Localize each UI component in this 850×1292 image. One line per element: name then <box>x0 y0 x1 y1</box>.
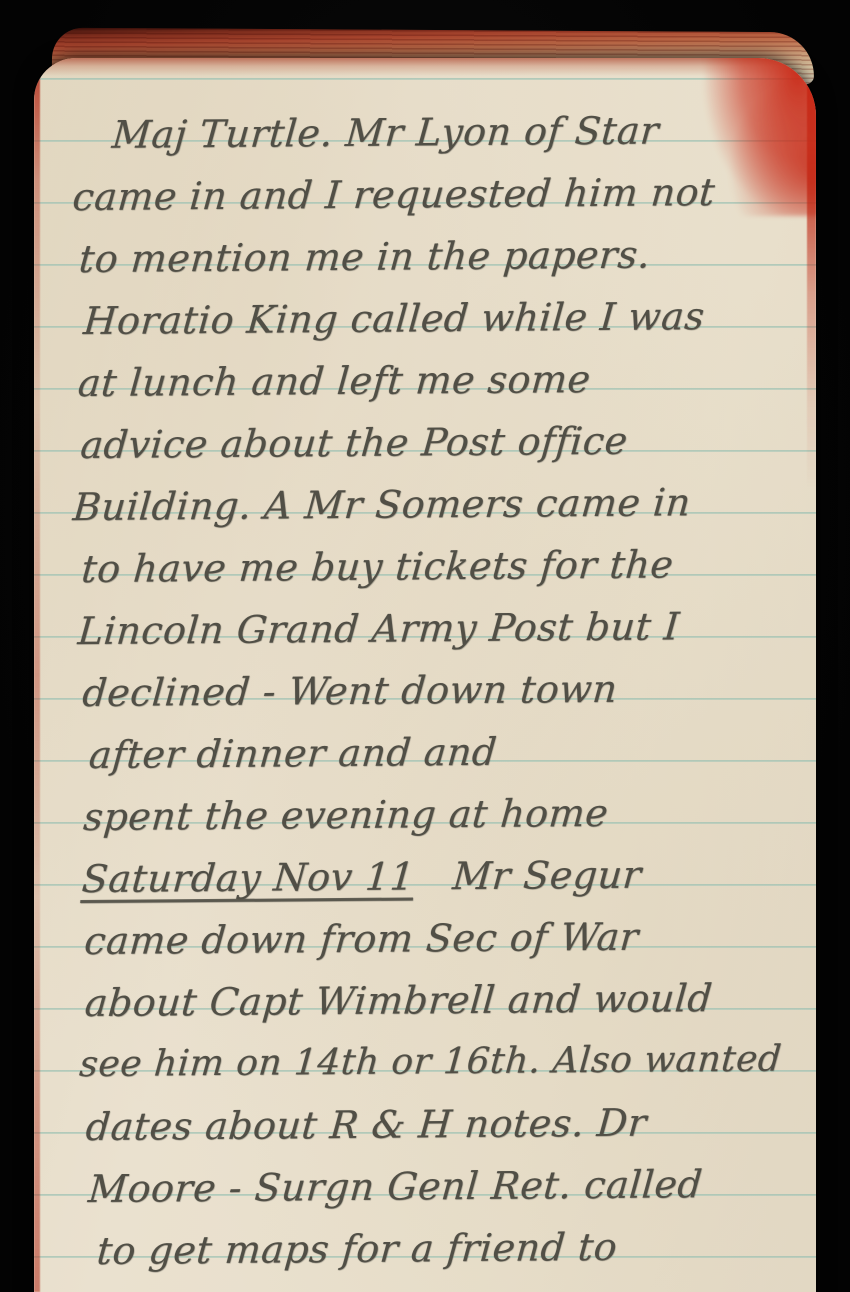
handwriting-line: came down from Sec of War <box>84 904 812 972</box>
handwriting-line: declined - Went down town <box>82 656 810 724</box>
handwriting-text: see him on 14th or 16th. Also wanted <box>77 1029 784 1097</box>
top-edge-red-stain <box>34 58 816 76</box>
handwriting-text: Horatio King called while I was <box>81 285 707 352</box>
notebook-page: Maj Turtle. Mr Lyon of Starcame in and I… <box>34 58 816 1292</box>
handwriting-line: to have me buy tickets for the <box>81 532 809 600</box>
handwriting-text: spent the evening at home <box>81 782 611 848</box>
photo-scene: Maj Turtle. Mr Lyon of Starcame in and I… <box>0 0 850 1292</box>
handwriting-line: Maj Turtle. Mr Lyon of Star <box>112 98 806 165</box>
handwriting-line: at lunch and left me some <box>78 346 808 414</box>
handwriting-line: Horatio King called while I was <box>83 284 807 352</box>
handwriting-text: to mention me in the papers. <box>77 224 653 291</box>
handwriting-text: to have me buy tickets for the <box>79 533 676 600</box>
handwriting-line: spent the evening at home <box>83 780 811 848</box>
handwriting-text: Moore - Surgn Genl Ret. called <box>86 1153 705 1220</box>
handwriting-line: to get maps for a friend to <box>97 1214 815 1282</box>
handwriting-line: Saturday Nov 11 Mr Segur <box>82 842 812 910</box>
handwriting-text: about Capt Wimbrell and would <box>83 967 715 1034</box>
handwriting-text: Maj Turtle. Mr Lyon of Star <box>110 99 662 165</box>
underlined-date: Saturday Nov 11 <box>80 845 418 910</box>
handwriting-line: Building. A Mr Somers came in <box>73 470 809 538</box>
handwriting-line: about Capt Wimbrell and would <box>85 966 813 1034</box>
handwriting-line: dates about R & H notes. Dr <box>86 1090 814 1158</box>
handwriting-block: Maj Turtle. Mr Lyon of Starcame in and I… <box>34 98 816 1282</box>
handwriting-line: came in and I requested him not <box>72 160 806 228</box>
handwriting-line: to mention me in the papers. <box>79 222 807 290</box>
handwriting-text: at lunch and left me some <box>76 348 593 414</box>
photo-background: { "notebook": { "description_title": "Ha… <box>0 0 850 1292</box>
handwriting-text: came in and I requested him not <box>70 161 717 228</box>
handwriting-text: after dinner and and <box>87 721 500 786</box>
handwriting-line: Moore - Surgn Genl Ret. called <box>88 1152 814 1220</box>
handwriting-line: Lincoln Grand Army Post but I <box>78 594 810 662</box>
handwriting-line: see him on 14th or 16th. Also wanted <box>79 1028 813 1096</box>
handwriting-text: came down from Sec of War <box>82 906 641 972</box>
handwriting-text: Building. A Mr Somers came in <box>71 471 694 538</box>
handwriting-text: declined - Went down town <box>80 658 620 724</box>
handwriting-text: Lincoln Grand Army Post but I <box>76 595 682 662</box>
handwriting-text: dates about R & H notes. Dr <box>84 1092 650 1158</box>
handwriting-line: after dinner and and <box>89 718 811 786</box>
handwriting-text: to get maps for a friend to <box>95 1216 620 1282</box>
handwriting-line: advice about the Post office <box>80 408 808 476</box>
handwriting-text: Mr Segur <box>412 844 643 908</box>
handwriting-text: advice about the Post office <box>78 410 630 476</box>
